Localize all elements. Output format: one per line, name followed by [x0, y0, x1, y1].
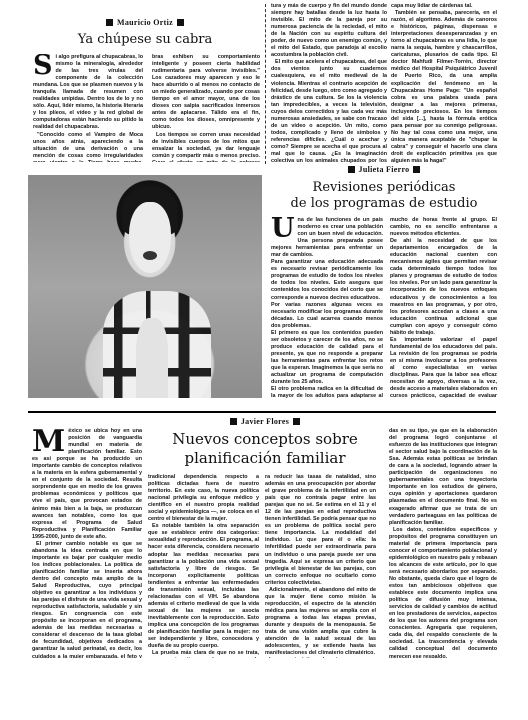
article-cabra-col-2: bras exhiben su comportamiento inteligen…	[152, 54, 260, 162]
byline-square-icon	[106, 19, 113, 26]
article-cabra-col-1: S i algo prefigura al chupacabras, lo mi…	[33, 54, 143, 162]
paragraph: ra reducir las tasas de natalidad, sino …	[265, 474, 376, 587]
paragraph: Por varias razones algunas veces es nece…	[271, 302, 383, 330]
paragraph: La prueba más clara de que no se trata, …	[148, 650, 259, 658]
headline-line: de los programas de estudio	[270, 196, 498, 212]
article-planificacion-col-4: das en su tipo, ya que en la elaboración…	[389, 428, 497, 658]
section-divider-rule	[28, 411, 496, 413]
dropcap: M	[32, 429, 65, 454]
article-planificacion-col-3: ra reducir las tasas de natalidad, sino …	[265, 474, 376, 658]
article-revisiones-col-1: U na de las funciones de un país moderno…	[271, 217, 383, 399]
paragraph: Los datos, contenidos específicos y prop…	[389, 527, 497, 658]
paragraph: Adicionalmente, el abandono del mito de …	[265, 587, 376, 657]
dropcap: U	[271, 218, 295, 240]
paragraph: Los tiempos se corren unas necesidad de …	[152, 132, 260, 162]
headline-line: planificación familiar	[140, 449, 390, 468]
paragraph: También se pensaba, parecería, en el raz…	[391, 10, 497, 163]
paragraph: El primero es que los contenidos pueden …	[271, 330, 383, 386]
byline-julieta-fierro: Julieta Fierro	[270, 165, 498, 174]
paragraph: tura y más de cuerpo y fin del mundo don…	[271, 3, 387, 59]
headline-planificacion: Nuevos conceptos sobre planificación fam…	[140, 430, 390, 468]
article-cabra-col-3: tura y más de cuerpo y fin del mundo don…	[271, 3, 387, 163]
paragraph: De ahí la necesidad de que los departame…	[390, 238, 497, 337]
byline-mauricio-ortiz: Mauricio Ortiz	[28, 18, 262, 27]
author-name: Javier Flores	[241, 417, 289, 426]
paragraph: capa muy lidiar de cárdenas tal.	[391, 3, 497, 10]
paragraph: mucho de horas frente al grupo. El cambi…	[390, 217, 497, 238]
paragraph: El mito que acelera el chupacabras, del …	[271, 59, 387, 163]
paragraph: Para garantizar una educación adecuada e…	[271, 259, 383, 301]
byline-square-icon	[177, 19, 184, 26]
headline-line: Nuevos conceptos sobre	[140, 430, 390, 449]
headline-cabra: Ya chúpese su cabra	[28, 32, 262, 48]
byline-square-icon	[348, 166, 355, 173]
paragraph: Es notable también la otra separación qu…	[148, 523, 259, 650]
byline-square-icon	[230, 418, 237, 425]
photo-lips	[143, 251, 157, 260]
paragraph: tradicional dependencia respecto a polít…	[148, 474, 259, 523]
portrait-photo	[28, 175, 262, 398]
article-cabra-col-4: capa muy lidiar de cárdenas tal. También…	[391, 3, 497, 163]
article-revisiones-col-2: mucho de horas frente al grupo. El cambi…	[390, 217, 497, 399]
paragraph: El primer cambio notable es que se aband…	[32, 541, 142, 658]
photo-chest	[136, 318, 169, 398]
author-name: Julieta Fierro	[359, 165, 410, 174]
dropcap: S	[33, 55, 53, 77]
column-divider	[265, 4, 266, 164]
paragraph: Las características de este programa se …	[265, 657, 376, 658]
paragraph: das en su tipo, ya que en la elaboración…	[389, 428, 497, 527]
photo-face	[129, 202, 171, 273]
headline-revisiones: Revisiones periódicas de los programas d…	[270, 180, 498, 212]
byline-square-icon	[293, 418, 300, 425]
paragraph: El otro problema radica en la dificultad…	[271, 386, 383, 399]
article-planificacion-col-1: M éxico se ubica hoy en una posición de …	[32, 428, 142, 658]
byline-square-icon	[413, 166, 420, 173]
headline-line: Revisiones periódicas	[270, 180, 498, 196]
paragraph: "Conocido como el Vampiro de Moca unos a…	[33, 132, 143, 162]
paragraph: bras exhiben su comportamiento inteligen…	[152, 54, 260, 132]
byline-javier-flores: Javier Flores	[140, 417, 390, 426]
author-name: Mauricio Ortiz	[117, 18, 173, 27]
paragraph: Es importante valorizar el papel fundame…	[390, 337, 497, 399]
article-planificacion-col-2: tradicional dependencia respecto a polít…	[148, 474, 259, 658]
